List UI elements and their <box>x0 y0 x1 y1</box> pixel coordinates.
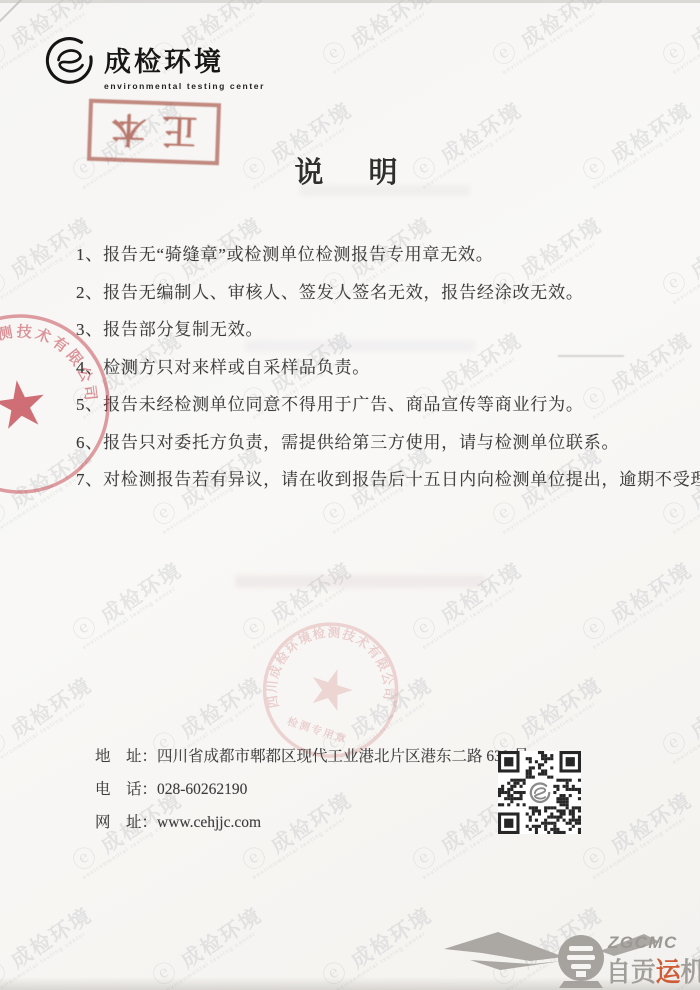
bleedthrough-smudge <box>235 575 485 588</box>
website-value: www.cehjjc.com <box>157 814 261 831</box>
zgcmc-cn-text: 自贡 <box>606 957 658 987</box>
brand-watermark: ⓔ 成检环境environmental testing center <box>655 667 700 766</box>
seal-star-icon <box>305 663 357 714</box>
address-label: 地 址： <box>95 744 157 766</box>
svg-text:自贡运机: 自贡运机 <box>606 956 700 987</box>
scanned-document-page: ⓔ 成检环境environmental testing centerⓔ 成检环境… <box>0 0 700 990</box>
zgcmc-logo: ZGCMC 自贡运机 <box>442 929 700 989</box>
company-e-logo-icon <box>44 34 96 86</box>
company-name-en: environmental testing center <box>104 81 265 91</box>
scan-edge-top <box>0 0 700 3</box>
brand-watermark: ⓔ 成检环境environmental testing center <box>575 552 700 651</box>
brand-watermark: ⓔ 成检环境environmental testing center <box>575 782 700 881</box>
brand-watermark: ⓔ 成检环境environmental testing center <box>0 667 100 766</box>
company-name-cn: 成检环境 <box>104 40 265 79</box>
brand-watermark: ⓔ 成检环境environmental testing center <box>235 552 360 651</box>
note-item: 6、报告只对委托方负责，需提供给第三方使用，请与检测单位联系。 <box>76 428 656 466</box>
note-item: 1、报告无“骑缝章”或检测单位检测报告专用章无效。 <box>76 240 656 278</box>
brand-watermark: ⓔ 成检环境environmental testing center <box>65 552 190 651</box>
brand-watermark: ⓔ 成检环境environmental testing center <box>485 0 610 76</box>
contact-info: 地 址：四川省成都市郫都区现代工业港北片区港东二路 639 号 电 话：028-… <box>95 744 529 843</box>
zgcmc-en-text: ZGCMC <box>607 933 678 952</box>
notes-list: 1、报告无“骑缝章”或检测单位检测报告专用章无效。 2、报告无编制人、审核人、签… <box>76 240 656 503</box>
note-item: 4、检测方只对来样或自采样品负责。 <box>76 353 656 391</box>
brand-watermark: ⓔ 成检环境environmental testing center <box>315 0 440 76</box>
note-item: 7、对检测报告若有异议，请在收到报告后十五日内向检测单位提出，逾期不受理。 <box>76 465 656 503</box>
scan-corner-artifact <box>0 0 35 28</box>
address-row: 地 址：四川省成都市郫都区现代工业港北片区港东二路 639 号 <box>95 744 529 777</box>
phone-label: 电 话： <box>95 777 157 799</box>
note-item: 3、报告部分复制无效。 <box>76 315 656 353</box>
zgcmc-cn-accent: 运 <box>656 957 682 987</box>
svg-text:四川成检环境检测技术有限公司: 四川成检环境检测技术有限公司 <box>256 607 412 745</box>
website-label: 网 址： <box>95 810 157 832</box>
phone-value: 028-60262190 <box>157 781 247 798</box>
note-item: 5、报告未经检测单位同意不得用于广告、商品宣传等商业行为。 <box>76 390 656 428</box>
company-logo: 成检环境 environmental testing center <box>44 34 265 91</box>
address-value: 四川省成都市郫都区现代工业港北片区港东二路 639 号 <box>157 748 529 765</box>
zgcmc-cn-text: 机 <box>681 956 700 987</box>
seal-star-icon <box>0 377 48 430</box>
seal-bottom-text: 检测专用章 <box>286 715 349 747</box>
phone-row: 电 话：028-60262190 <box>95 777 529 810</box>
brand-watermark: ⓔ 成检环境environmental testing center <box>655 207 700 306</box>
note-item: 2、报告无编制人、审核人、签发人签名无效，报告经涂改无效。 <box>76 278 656 316</box>
page-title: 说 明 <box>0 150 700 191</box>
brand-watermark: ⓔ 成检环境environmental testing center <box>405 552 530 651</box>
website-row: 网 址：www.cehjjc.com <box>95 810 529 843</box>
seal-arc-text: 四川成检环境检测技术有限公司 <box>256 607 412 745</box>
qr-code <box>498 751 581 834</box>
brand-watermark: ⓔ 成检环境environmental testing center <box>655 0 700 76</box>
